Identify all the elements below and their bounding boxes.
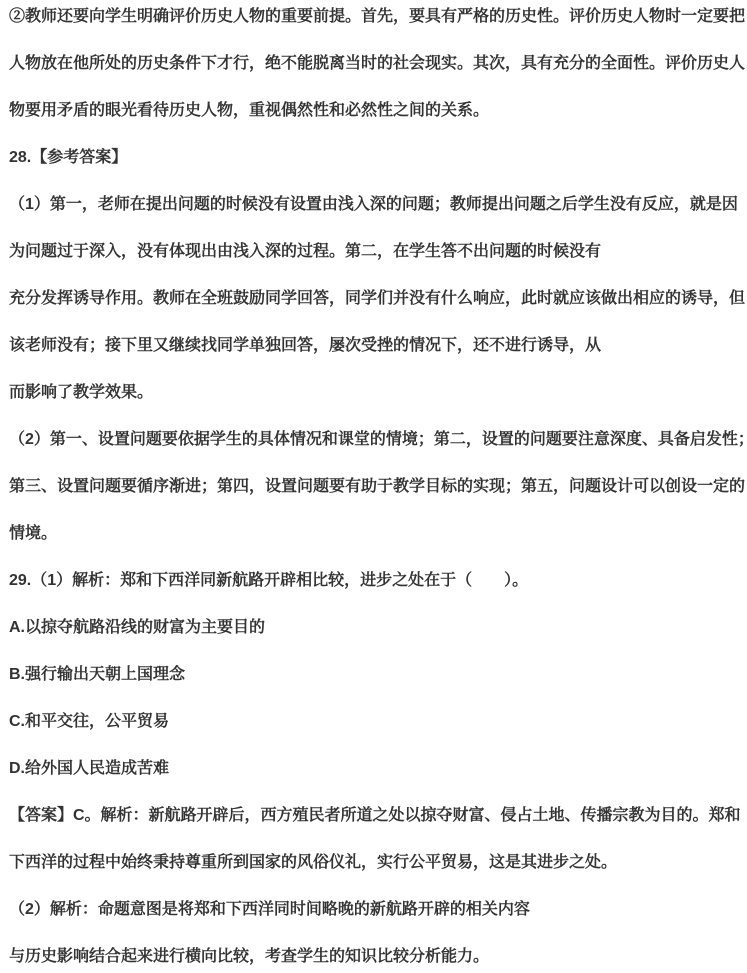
text-line-12: 情境。 <box>9 510 745 557</box>
text-line-10: （2）第一、设置问题要依据学生的具体情况和课堂的情境；第二，设置的问题要注意深度… <box>9 416 745 463</box>
text-line-17: D.给外国人民造成苦难 <box>9 745 745 792</box>
text-line-4: 28.【参考答案】 <box>9 134 745 181</box>
text-line-21: 与历史影响结合起来进行横向比较，考查学生的知识比较分析能力。 <box>9 933 745 973</box>
text-line-3: 物要用矛盾的眼光看待历史人物，重视偶然性和必然性之间的关系。 <box>9 87 745 134</box>
text-line-8: 该老师没有；接下里又继续找同学单独回答，屡次受挫的情况下，还不进行诱导，从 <box>9 322 745 369</box>
text-line-19: 下西洋的过程中始终秉持尊重所到国家的风俗仪礼，实行公平贸易，这是其进步之处。 <box>9 839 745 886</box>
text-line-20: （2）解析：命题意图是将郑和下西洋同时间略晚的新航路开辟的相关内容 <box>9 886 745 933</box>
text-line-5: （1）第一，老师在提出问题的时候没有设置由浅入深的问题；教师提出问题之后学生没有… <box>9 181 745 228</box>
document-page: ②教师还要向学生明确评价历史人物的重要前提。首先，要具有严格的历史性。评价历史人… <box>0 0 747 973</box>
text-line-11: 第三、设置问题要循序渐进；第四，设置问题要有助于教学目标的实现；第五，问题设计可… <box>9 463 745 510</box>
text-lines-container: ②教师还要向学生明确评价历史人物的重要前提。首先，要具有严格的历史性。评价历史人… <box>9 0 745 973</box>
text-line-18: 【答案】C。解析：新航路开辟后，西方殖民者所道之处以掠夺财富、侵占土地、传播宗教… <box>9 792 745 839</box>
text-line-6: 为问题过于深入，没有体现出由浅入深的过程。第二，在学生答不出问题的时候没有 <box>9 228 745 275</box>
text-line-9: 而影响了教学效果。 <box>9 369 745 416</box>
text-line-2: 人物放在他所处的历史条件下才行，绝不能脱离当时的社会现实。其次，具有充分的全面性… <box>9 40 745 87</box>
text-line-14: A.以掠夺航路沿线的财富为主要目的 <box>9 604 745 651</box>
text-line-15: B.强行输出天朝上国理念 <box>9 651 745 698</box>
text-line-13: 29.（1）解析：郑和下西洋同新航路开辟相比较，进步之处在于（ ）。 <box>9 557 745 604</box>
text-line-1: ②教师还要向学生明确评价历史人物的重要前提。首先，要具有严格的历史性。评价历史人… <box>9 0 745 40</box>
text-line-16: C.和平交往，公平贸易 <box>9 698 745 745</box>
text-line-7: 充分发挥诱导作用。教师在全班鼓励同学回答，同学们并没有什么响应，此时就应该做出相… <box>9 275 745 322</box>
